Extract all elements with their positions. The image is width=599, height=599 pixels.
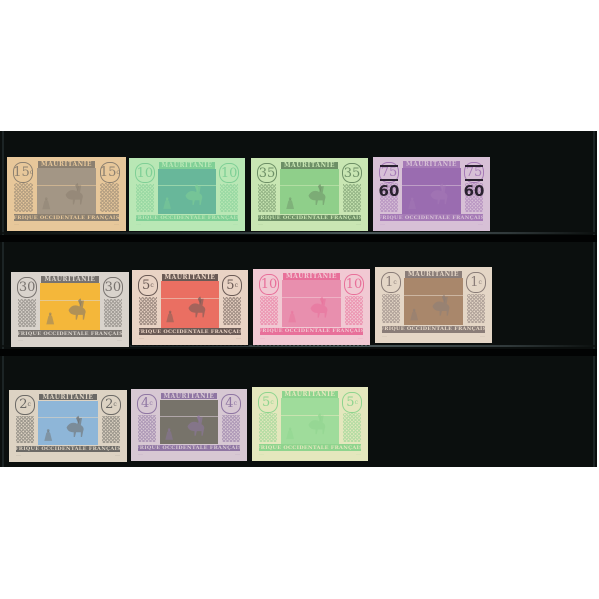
sleeve-edge bbox=[593, 131, 595, 467]
colony-label: AFRIQUE OCCIDENTALE FRANÇAISE bbox=[138, 445, 240, 451]
face-value: 10 bbox=[219, 163, 238, 183]
value-tablet: 10 bbox=[258, 273, 280, 327]
country-label: MAURITANIE bbox=[281, 162, 338, 169]
face-value: 30 bbox=[17, 277, 37, 298]
colony-label: AFRIQUE OCCIDENTALE FRANÇAISE bbox=[18, 330, 121, 337]
postage-stamp: 10 10 MAURITANIE AFRIQUE OCCIDENTALE F bbox=[129, 158, 245, 231]
surcharge-value: 60 bbox=[464, 182, 484, 200]
printer-imprint: ·········· bbox=[14, 222, 118, 227]
value-tablet: 4c bbox=[136, 393, 158, 444]
obliterating-bars bbox=[465, 165, 483, 181]
face-value: 35 bbox=[342, 163, 362, 183]
country-label: MAURITANIE bbox=[39, 394, 96, 400]
value-tablet: 35 bbox=[341, 162, 363, 214]
guilloche-panel bbox=[222, 415, 240, 443]
postage-stamp: 75 75 MAURITANIE AFRIQUE OCCIDENTALE F bbox=[373, 157, 490, 231]
face-value: 10 bbox=[344, 274, 364, 295]
colony-label: AFRIQUE OCCIDENTALE FRANÇAISE bbox=[136, 215, 238, 222]
camel-rider-icon bbox=[429, 291, 453, 319]
guilloche-panel bbox=[343, 184, 361, 212]
camel-rider-icon bbox=[307, 293, 331, 321]
camel-rider-vignette bbox=[40, 283, 99, 329]
resting-figures-icon bbox=[409, 305, 422, 323]
guilloche-panel bbox=[16, 416, 35, 444]
sleeve-edge bbox=[2, 131, 4, 467]
surcharge-overprint: 60 60 bbox=[377, 161, 486, 227]
guilloche-panel bbox=[220, 184, 238, 212]
postage-stamp: 10 10 MAURITANIE AFRIQUE OCCIDENTALE F bbox=[253, 269, 370, 345]
printer-imprint: ·········· bbox=[258, 222, 360, 227]
value-tablet: 10 bbox=[343, 273, 365, 327]
guilloche-panel bbox=[104, 299, 123, 328]
face-value: 2c bbox=[15, 395, 35, 415]
stamp-design: 30 30 MAURITANIE AFRIQUE OCCIDENTALE F bbox=[15, 276, 125, 343]
camel-rider-vignette bbox=[280, 169, 339, 214]
camel-rider-vignette bbox=[282, 280, 341, 327]
face-value: 30 bbox=[103, 277, 123, 298]
postage-stamp: 2c 2c MAURITANIE AFRIQUE OCCIDENTALE F bbox=[9, 390, 127, 462]
camel-rider-icon bbox=[62, 180, 86, 207]
face-value: 4c bbox=[221, 394, 240, 414]
guilloche-panel bbox=[102, 416, 121, 444]
colony-label: AFRIQUE OCCIDENTALE FRANÇAISE bbox=[258, 215, 360, 222]
value-tablet: 5c bbox=[221, 274, 243, 328]
printer-imprint: ·········· bbox=[260, 336, 362, 341]
stamp-design: 2c 2c MAURITANIE AFRIQUE OCCIDENTALE F bbox=[13, 394, 123, 458]
value-tablet: 15c bbox=[99, 161, 121, 214]
face-value: 2c bbox=[101, 395, 121, 415]
colony-label: AFRIQUE OCCIDENTALE FRANÇAISE bbox=[382, 326, 484, 333]
resting-figures-icon bbox=[162, 194, 175, 211]
face-value: 1c bbox=[466, 272, 486, 293]
country-label: MAURITANIE bbox=[41, 276, 98, 283]
country-label: MAURITANIE bbox=[162, 274, 218, 281]
guilloche-panel bbox=[136, 184, 154, 212]
camel-rider-vignette bbox=[38, 401, 97, 445]
face-value: 15c bbox=[13, 162, 33, 182]
printer-imprint: ·········· bbox=[139, 336, 241, 341]
value-tablet: 2c bbox=[100, 394, 122, 445]
stamp-design: 5c 5c MAURITANIE AFRIQUE OCCIDENTALE F bbox=[256, 391, 364, 457]
resting-figures-icon bbox=[45, 309, 58, 327]
face-value: 1c bbox=[381, 272, 401, 293]
guilloche-panel bbox=[18, 299, 37, 328]
camel-rider-icon bbox=[185, 293, 208, 321]
colony-label: AFRIQUE OCCIDENTALE FRANÇAISE bbox=[260, 328, 362, 335]
stamp-design: 10 10 MAURITANIE AFRIQUE OCCIDENTALE F bbox=[133, 162, 241, 227]
postage-stamp: 5c 5c MAURITANIE AFRIQUE OCCIDENTALE F bbox=[252, 387, 368, 461]
printer-imprint: ·········· bbox=[136, 222, 238, 227]
value-tablet: 30 bbox=[16, 276, 38, 330]
value-tablet: 35 bbox=[256, 162, 278, 214]
camel-rider-vignette bbox=[37, 168, 97, 214]
value-tablet: 10 bbox=[134, 162, 156, 214]
stamp-design: 10 10 MAURITANIE AFRIQUE OCCIDENTALE F bbox=[257, 273, 366, 341]
camel-rider-icon bbox=[182, 181, 205, 208]
face-value: 5c bbox=[342, 392, 361, 412]
face-value: 10 bbox=[135, 163, 154, 183]
camel-rider-icon bbox=[305, 181, 329, 208]
postage-stamp: 5c 5c MAURITANIE AFRIQUE OCCIDENTALE F bbox=[132, 270, 248, 345]
guilloche-panel bbox=[138, 415, 156, 443]
camel-rider-vignette bbox=[161, 281, 219, 327]
surcharge-value: 60 bbox=[379, 182, 399, 200]
camel-rider-vignette bbox=[160, 400, 218, 444]
value-tablet: 10 bbox=[218, 162, 240, 214]
resting-figures-icon bbox=[43, 426, 56, 443]
guilloche-panel bbox=[343, 413, 361, 442]
camel-rider-icon bbox=[65, 295, 89, 323]
face-value: 5c bbox=[222, 275, 241, 296]
postage-stamp: 35 35 MAURITANIE AFRIQUE OCCIDENTALE F bbox=[251, 158, 368, 231]
camel-rider-vignette bbox=[404, 278, 463, 325]
country-label: MAURITANIE bbox=[159, 162, 215, 169]
guilloche-panel bbox=[223, 297, 241, 326]
value-tablet: 5c bbox=[257, 391, 279, 444]
face-value: 5c bbox=[138, 275, 157, 296]
value-tablet: 1c bbox=[465, 271, 487, 325]
country-label: MAURITANIE bbox=[405, 271, 462, 278]
resting-figures-icon bbox=[164, 425, 177, 442]
guilloche-panel bbox=[260, 296, 278, 325]
camel-rider-vignette bbox=[281, 398, 339, 444]
stamp-design: 35 35 MAURITANIE AFRIQUE OCCIDENTALE F bbox=[255, 162, 364, 227]
stamp-design: 4c 4c MAURITANIE AFRIQUE OCCIDENTALE F bbox=[135, 393, 243, 457]
guilloche-panel bbox=[259, 413, 277, 442]
colony-label: AFRIQUE OCCIDENTALE FRANÇAISE bbox=[16, 446, 119, 452]
guilloche-panel bbox=[139, 297, 157, 326]
guilloche-panel bbox=[258, 184, 276, 212]
camel-rider-icon bbox=[305, 410, 328, 437]
colony-label: AFRIQUE OCCIDENTALE FRANÇAISE bbox=[139, 328, 241, 335]
value-tablet: 5c bbox=[137, 274, 159, 328]
guilloche-panel bbox=[345, 296, 363, 325]
country-label: MAURITANIE bbox=[283, 273, 340, 280]
printer-imprint: ·········· bbox=[18, 338, 121, 343]
strip-divider bbox=[0, 349, 597, 356]
resting-figures-icon bbox=[165, 307, 178, 325]
resting-figures-icon bbox=[287, 307, 300, 325]
value-tablet: 30 bbox=[102, 276, 124, 330]
strip-divider bbox=[0, 235, 597, 242]
value-tablet: 4c bbox=[220, 393, 242, 444]
postage-stamp: 4c 4c MAURITANIE AFRIQUE OCCIDENTALE F bbox=[131, 389, 247, 461]
stamp-design: 15c 15c MAURITANIE AFRIQUE OCCIDENTALE bbox=[11, 161, 122, 227]
country-label: MAURITANIE bbox=[161, 393, 217, 399]
printer-imprint: ·········· bbox=[16, 453, 119, 458]
colony-label: AFRIQUE OCCIDENTALE FRANÇAISE bbox=[259, 444, 361, 451]
stamp-design: 5c 5c MAURITANIE AFRIQUE OCCIDENTALE F bbox=[136, 274, 244, 341]
resting-figures-icon bbox=[41, 194, 54, 211]
postage-stamp: 30 30 MAURITANIE AFRIQUE OCCIDENTALE F bbox=[11, 272, 129, 347]
printer-imprint: ·········· bbox=[259, 452, 361, 457]
guilloche-panel bbox=[467, 294, 485, 323]
camel-rider-icon bbox=[63, 413, 87, 440]
face-value: 5c bbox=[258, 392, 277, 412]
face-value: 4c bbox=[137, 394, 156, 414]
postage-stamp: 15c 15c MAURITANIE AFRIQUE OCCIDENTALE bbox=[7, 157, 126, 231]
printer-imprint: ·········· bbox=[382, 334, 484, 339]
printer-imprint: ·········· bbox=[138, 452, 240, 457]
guilloche-panel bbox=[100, 183, 119, 212]
colony-label: AFRIQUE OCCIDENTALE FRANÇAISE bbox=[14, 214, 118, 221]
country-label: MAURITANIE bbox=[38, 161, 96, 168]
obliterating-bars bbox=[380, 165, 398, 181]
country-label: MAURITANIE bbox=[282, 391, 338, 398]
stamp-design: 1c 1c MAURITANIE AFRIQUE OCCIDENTALE F bbox=[379, 271, 488, 339]
resting-figures-icon bbox=[285, 424, 298, 441]
sleeve-highlight bbox=[0, 232, 597, 234]
guilloche-panel bbox=[14, 183, 33, 212]
value-tablet: 2c bbox=[14, 394, 36, 445]
postage-stamp: 1c 1c MAURITANIE AFRIQUE OCCIDENTALE F bbox=[375, 267, 492, 343]
guilloche-panel bbox=[382, 294, 400, 323]
face-value: 35 bbox=[257, 163, 277, 183]
face-value: 15c bbox=[100, 162, 120, 182]
value-tablet: 5c bbox=[341, 391, 363, 444]
value-tablet: 15c bbox=[12, 161, 34, 214]
face-value: 10 bbox=[259, 274, 279, 295]
camel-rider-vignette bbox=[158, 169, 216, 214]
camel-rider-icon bbox=[184, 412, 207, 439]
resting-figures-icon bbox=[285, 194, 298, 211]
value-tablet: 1c bbox=[380, 271, 402, 325]
